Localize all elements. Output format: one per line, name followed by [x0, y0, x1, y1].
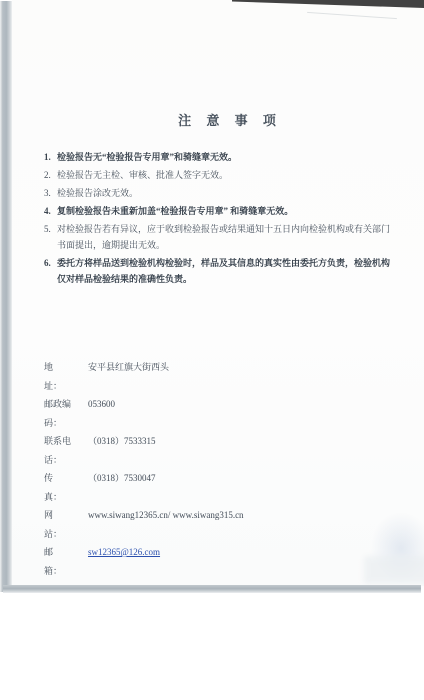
phone-value: （0318）7533315	[88, 432, 384, 469]
contact-row-postal-code: 邮政编码： 053600	[44, 395, 384, 432]
note-number: 4.	[44, 203, 57, 219]
email-link[interactable]: sw12365@126.com	[88, 543, 384, 580]
contact-info-block: 地 址： 安平县红旗大街西头 邮政编码： 053600 联系电话： （0318）…	[44, 358, 384, 580]
notices-list: 1. 检验报告无“检验报告专用章”和骑缝章无效。 2. 检验报告无主检、审核、批…	[44, 149, 392, 289]
scanned-page-photo: 注 意 事 项 1. 检验报告无“检验报告专用章”和骑缝章无效。 2. 检验报告…	[0, 0, 424, 596]
note-item: 1. 检验报告无“检验报告专用章”和骑缝章无效。	[44, 149, 392, 165]
note-number: 1.	[44, 149, 57, 165]
note-item: 2. 检验报告无主检、审核、批准人签字无效。	[44, 167, 392, 183]
postal-code-value: 053600	[88, 395, 384, 432]
note-text: 检验报告无主检、审核、批准人签字无效。	[57, 167, 392, 183]
scan-left-edge-shadow	[0, 1, 12, 592]
contact-row-email: 邮 箱： sw12365@126.com	[44, 543, 384, 580]
note-item: 3. 检验报告涂改无效。	[44, 185, 392, 201]
contact-label: 地 址：	[44, 358, 88, 395]
website-value: www.siwang12365.cn/ www.siwang315.cn	[88, 506, 384, 543]
address-value: 安平县红旗大街西头	[88, 358, 384, 395]
contact-row-address: 地 址： 安平县红旗大街西头	[44, 358, 384, 395]
note-text: 对检验报告若有异议，应于收到检验报告或结果通知十五日内向检验机构或有关部门书面提…	[57, 221, 392, 253]
contact-row-phone: 联系电话： （0318）7533315	[44, 432, 384, 469]
note-number: 2.	[44, 167, 57, 183]
contact-row-website: 网 站： www.siwang12365.cn/ www.siwang315.c…	[44, 506, 384, 543]
note-text: 检验报告无“检验报告专用章”和骑缝章无效。	[57, 149, 392, 165]
page-corner-tint	[364, 556, 424, 584]
note-item: 6. 委托方将样品送到检验机构检验时，样品及其信息的真实性由委托方负责，检验机构…	[44, 255, 392, 287]
contact-label: 邮 箱：	[44, 543, 88, 580]
page-title: 注 意 事 项	[24, 110, 424, 129]
fax-value: （0318）7530047	[88, 469, 384, 506]
note-number: 3.	[44, 185, 57, 201]
note-text: 检验报告涂改无效。	[57, 185, 392, 201]
scan-bottom-edge-shadow	[3, 585, 421, 593]
note-text: 复制检验报告未重新加盖“检验报告专用章” 和骑缝章无效。	[57, 203, 392, 219]
document-page: 注 意 事 项 1. 检验报告无“检验报告专用章”和骑缝章无效。 2. 检验报告…	[12, 0, 424, 586]
contact-label: 网 站：	[44, 506, 88, 543]
note-number: 5.	[44, 221, 57, 253]
contact-row-fax: 传 真： （0318）7530047	[44, 469, 384, 506]
contact-label: 邮政编码：	[44, 395, 88, 432]
note-item: 4. 复制检验报告未重新加盖“检验报告专用章” 和骑缝章无效。	[44, 203, 392, 219]
contact-label: 联系电话：	[44, 432, 88, 469]
note-number: 6.	[44, 255, 57, 287]
note-text: 委托方将样品送到检验机构检验时，样品及其信息的真实性由委托方负责，检验机构仅对样…	[57, 255, 392, 287]
note-item: 5. 对检验报告若有异议，应于收到检验报告或结果通知十五日内向检验机构或有关部门…	[44, 221, 392, 253]
paper-crease-line	[307, 12, 397, 19]
contact-label: 传 真：	[44, 469, 88, 506]
